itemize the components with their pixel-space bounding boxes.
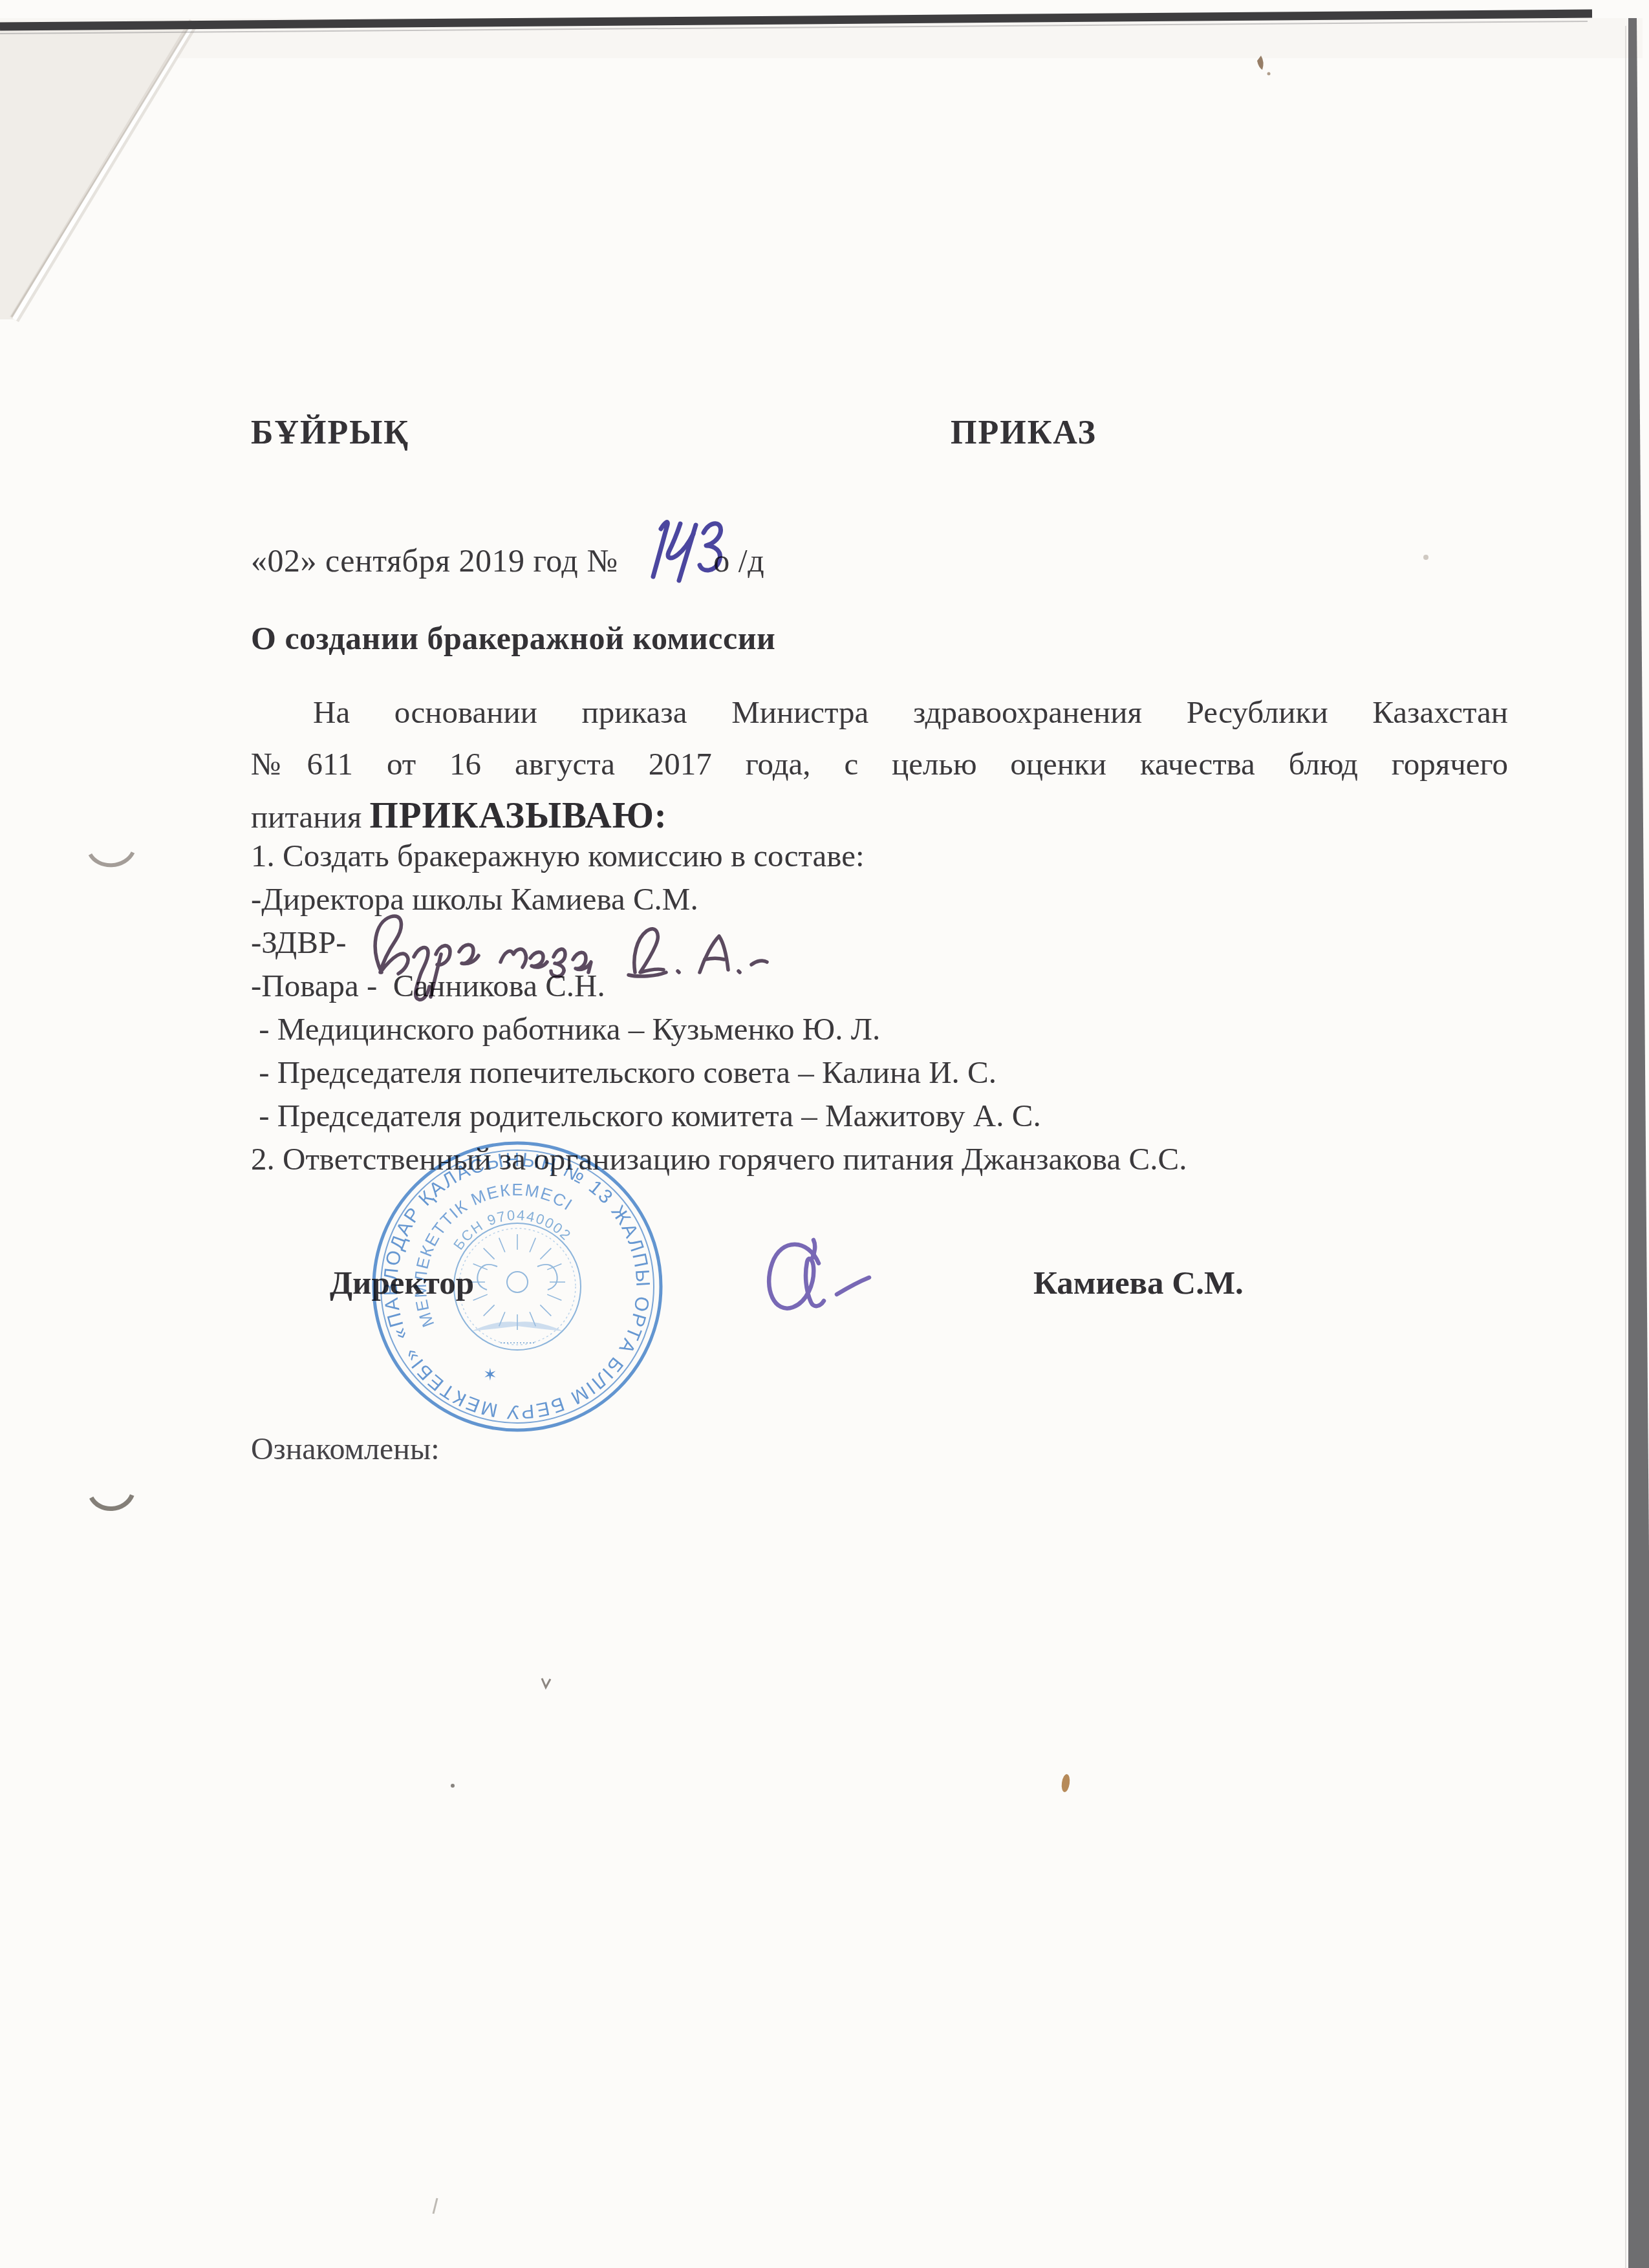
header-title-kazakh: БҰЙРЫҚ xyxy=(251,414,409,452)
order-body-paragraph: На основании приказа Министра здравоохра… xyxy=(251,687,1508,843)
speck-top-right xyxy=(1257,56,1264,70)
stamp-star-icon: ✶ xyxy=(483,1365,497,1384)
order-subject: О создании бракеражной комиссии xyxy=(251,619,775,657)
body-line-1: На основании приказа Министра здравоохра… xyxy=(251,687,1508,738)
signoff-name: Камиева С.М. xyxy=(1033,1265,1244,1302)
speck-v-mark xyxy=(542,1678,550,1687)
corner-fold-shade xyxy=(0,22,194,319)
official-round-stamp: «ПАВЛОДАР ҚАЛАСЫНЫҢ № 13 ЖАЛПЫ ОРТА БІЛІ… xyxy=(368,1137,667,1436)
corner-fold-crease-edge xyxy=(12,27,189,317)
speck-bottom-slash xyxy=(433,2198,437,2214)
order-item: - Председателя родительского комитета – … xyxy=(251,1094,1551,1137)
order-item: 1. Создать бракеражную комиссию в состав… xyxy=(251,834,1551,877)
director-handwritten-signature xyxy=(736,1223,872,1333)
stamp-emblem-art xyxy=(469,1234,565,1343)
top-gray-strip xyxy=(0,18,1643,58)
order-item: - Председателя попечительского совета – … xyxy=(251,1051,1551,1094)
header-title-russian: ПРИКАЗ xyxy=(951,414,1097,452)
date-line-prefix: «02» сентября 2019 год № xyxy=(251,542,618,579)
order-command-word: ПРИКАЗЫВАЮ: xyxy=(369,795,667,836)
order-item: - Медицинского работника – Кузьменко Ю. … xyxy=(251,1007,1551,1051)
binder-mark-top xyxy=(90,850,134,868)
zdvr-handwritten-signature xyxy=(357,903,797,1006)
body-line-2: №611 от 16 августа 2017 года, с целью оц… xyxy=(251,738,1508,790)
speck-orange xyxy=(1061,1773,1071,1792)
speck-small-dot xyxy=(451,1784,455,1788)
binder-mark-bottom xyxy=(91,1492,133,1512)
corner-fold-crease xyxy=(14,22,194,319)
scanner-top-bar xyxy=(0,14,1592,27)
scanner-right-band xyxy=(1628,18,1649,2268)
speck-faint-right xyxy=(1423,555,1428,560)
scanner-top-bar-echo xyxy=(0,21,1588,34)
acknowledgement-label: Ознакомлены: xyxy=(251,1431,440,1467)
handwritten-order-number xyxy=(639,509,742,590)
body-line-3-start: питания xyxy=(251,799,369,835)
speck-top-right-dot xyxy=(1267,72,1271,76)
scanned-order-page: БҰЙРЫҚ ПРИКАЗ «02» сентября 2019 год №о … xyxy=(0,0,1649,2268)
corner-fold-crease-soft xyxy=(14,22,194,319)
order-items-list: 1. Создать бракеражную комиссию в состав… xyxy=(251,834,1551,1181)
